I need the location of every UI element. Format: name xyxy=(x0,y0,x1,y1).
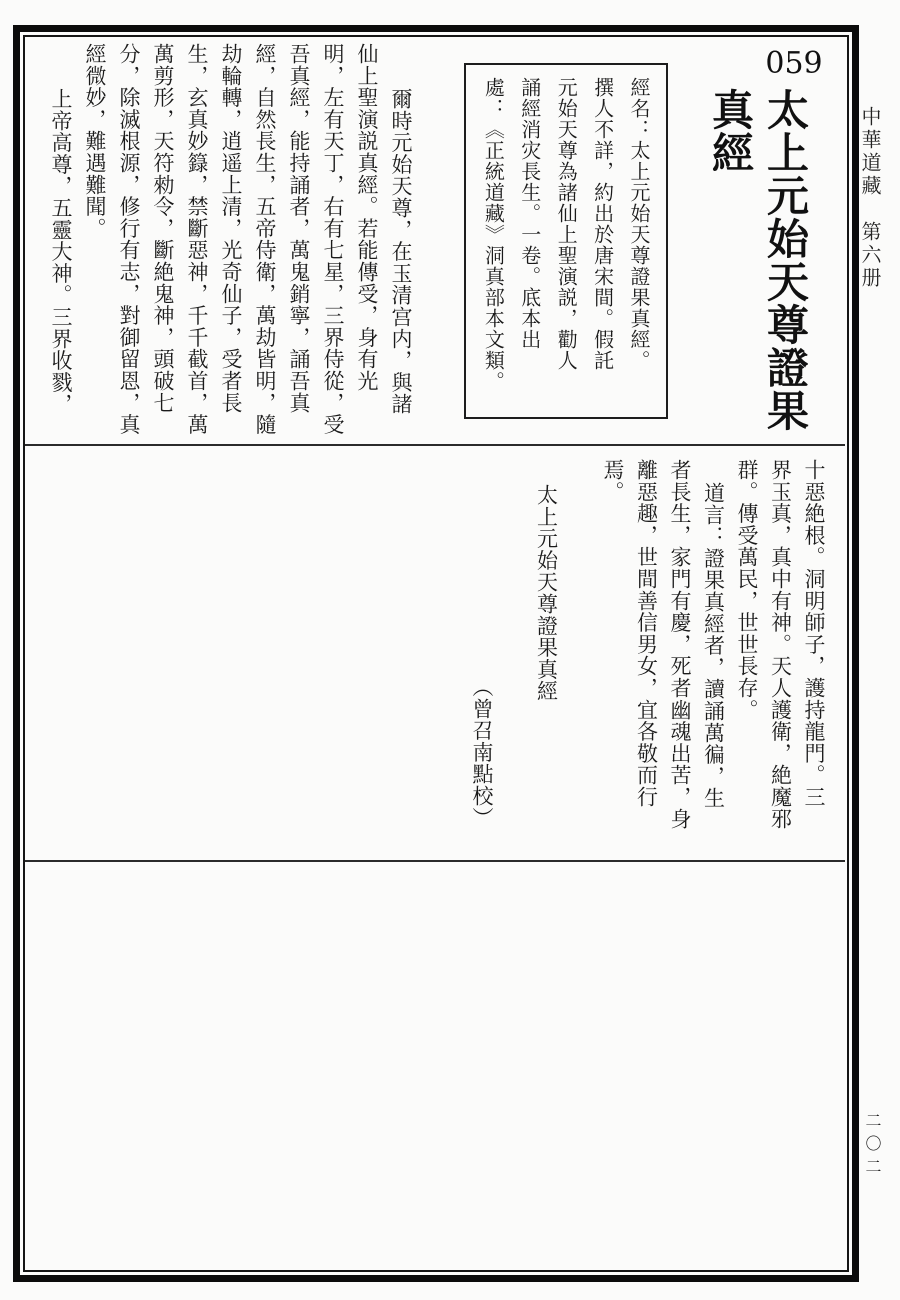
text-column: 仙上聖演説真經。若能傳受，身有光 xyxy=(350,43,384,437)
scripture-text-page2: 十惡絶根。洞明師子，護持龍門。三 界玉真，真中有神。天人護衛，絶魔邪 群。傳受萬… xyxy=(462,459,830,850)
text-column: 劫輪轉，逍遥上清，光奇仙子，受者長 xyxy=(214,43,248,437)
text-column: 經微妙，難遇難聞。 xyxy=(78,43,112,437)
text-column: 萬剪形，天符勑令，斷絶鬼神，頭破七 xyxy=(146,43,180,437)
text-column: 道言：證果真經者，讀誦萬徧，生 xyxy=(696,459,730,850)
text-column: 離惡趣，世間善信男女，宜各敬而行 xyxy=(629,459,663,850)
section-divider-2 xyxy=(25,860,845,862)
text-column: 爾時元始天尊，在玉清宫内，與諸 xyxy=(384,43,418,437)
volume-label: 中華道藏 第六册 xyxy=(856,106,885,290)
section-divider-1 xyxy=(25,444,845,446)
text-column: 分，除滅根源，修行有志，對御留恩，真 xyxy=(112,43,146,437)
text-column: 明，左有天丁，右有七星，三界侍從，受 xyxy=(316,43,350,437)
abstract-column: 經名：太上元始天尊證果真經。 xyxy=(621,77,657,405)
colophon: （曾召南點校） xyxy=(465,459,499,850)
scripture-title-main: 太上元始天尊證果 xyxy=(759,88,811,432)
scripture-text-page1: 爾時元始天尊，在玉清宫内，與諸 仙上聖演説真經。若能傳受，身有光 明，左有天丁，… xyxy=(40,43,418,437)
text-column: 群。傳受萬民，世世長存。 xyxy=(730,459,764,850)
text-column: 上帝高尊，五靈大神。三界收戮， xyxy=(44,43,78,437)
abstract-column: 誦經消灾長生。一卷。底本出 xyxy=(511,77,547,405)
item-number: 059 xyxy=(756,46,832,81)
text-column: 者長生，家門有慶，死者幽魂出苦，身 xyxy=(663,459,697,850)
text-column: 生，玄真妙籙，禁斷惡神，千千截首，萬 xyxy=(180,43,214,437)
abstract-column: 處：《正統道藏》洞真部本文類。 xyxy=(475,77,511,405)
scripture-title-tail: 真經 xyxy=(704,88,756,174)
text-column: 經，自然長生，五帝侍衛，萬劫皆明，隨 xyxy=(248,43,282,437)
abstract-box: 經名：太上元始天尊證果真經。 撰人不詳，約出於唐宋間。假託 元始天尊為諸仙上聖演… xyxy=(464,63,668,419)
abstract-column: 撰人不詳，約出於唐宋間。假託 xyxy=(584,77,620,405)
text-column: 焉。 xyxy=(596,459,630,850)
closing-title: 太上元始天尊證果真經 xyxy=(529,459,563,850)
text-column: 界玉真，真中有神。天人護衛，絶魔邪 xyxy=(763,459,797,850)
text-column: 十惡絶根。洞明師子，護持龍門。三 xyxy=(797,459,831,850)
page-number: 二〇二 xyxy=(861,1112,884,1181)
abstract-column: 元始天尊為諸仙上聖演説，勸人 xyxy=(548,77,584,405)
text-column: 吾真經，能持誦者，萬鬼銷寧，誦吾真 xyxy=(282,43,316,437)
